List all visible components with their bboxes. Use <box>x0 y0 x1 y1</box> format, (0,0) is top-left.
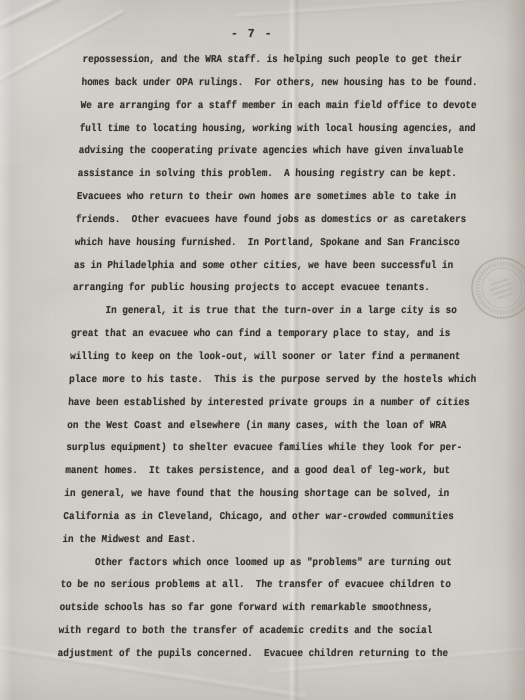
text-line: Evacuees who return to their own homes a… <box>76 186 484 209</box>
text-line: advising the cooperating private agencie… <box>78 140 486 163</box>
text-line: manent homes. It takes persistence, and … <box>65 460 473 483</box>
text-line: which have housing furnished. In Portlan… <box>74 232 482 255</box>
document-page: - 7 - repossession, and the WRA staff. i… <box>0 0 525 700</box>
text-line: in the Midwest and East. <box>62 529 470 552</box>
document-body-text: repossession, and the WRA staff. is help… <box>57 49 525 666</box>
text-line: as in Philadelphia and some other cities… <box>73 255 481 278</box>
text-line: great that an evacuee who can find a tem… <box>71 323 479 346</box>
paper-crease <box>235 0 525 20</box>
text-line: California as in Cleveland, Chicago, and… <box>63 506 471 529</box>
text-line: with regard to both the transfer of acad… <box>58 620 466 643</box>
text-line: have been established by interested priv… <box>68 392 476 415</box>
text-line: repossession, and the WRA staff. is help… <box>82 49 490 72</box>
scan-edge-highlight <box>0 0 12 700</box>
page-number: - 7 - <box>231 28 273 41</box>
text-line: to be no serious problems at all. The tr… <box>60 574 468 597</box>
text-line: place more to his taste. This is the pur… <box>69 369 477 392</box>
text-line: assistance in solving this problem. A ho… <box>77 163 485 186</box>
text-line: In general, it is true that the turn-ove… <box>72 300 480 323</box>
text-line: We are arranging for a staff member in e… <box>80 95 488 118</box>
text-line: on the West Coast and elsewhere (in many… <box>67 415 475 438</box>
text-line: homes back under OPA rulings. For others… <box>81 72 489 95</box>
text-line: friends. Other evacuees have found jobs … <box>75 209 483 232</box>
text-line: in general, we have found that the housi… <box>64 483 472 506</box>
text-line: willing to keep on the look-out, will so… <box>70 346 478 369</box>
text-line: full time to locating housing, working w… <box>79 118 487 141</box>
text-line: surplus equipment) to shelter evacuee fa… <box>66 437 474 460</box>
paper-crease <box>0 0 171 43</box>
text-line: Other factors which once loomed up as "p… <box>61 552 469 575</box>
text-line: outside schools has so far gone forward … <box>59 597 467 620</box>
text-line: adjustment of the pupils concerned. Evac… <box>57 643 465 666</box>
text-line: arranging for public housing projects to… <box>72 277 480 300</box>
